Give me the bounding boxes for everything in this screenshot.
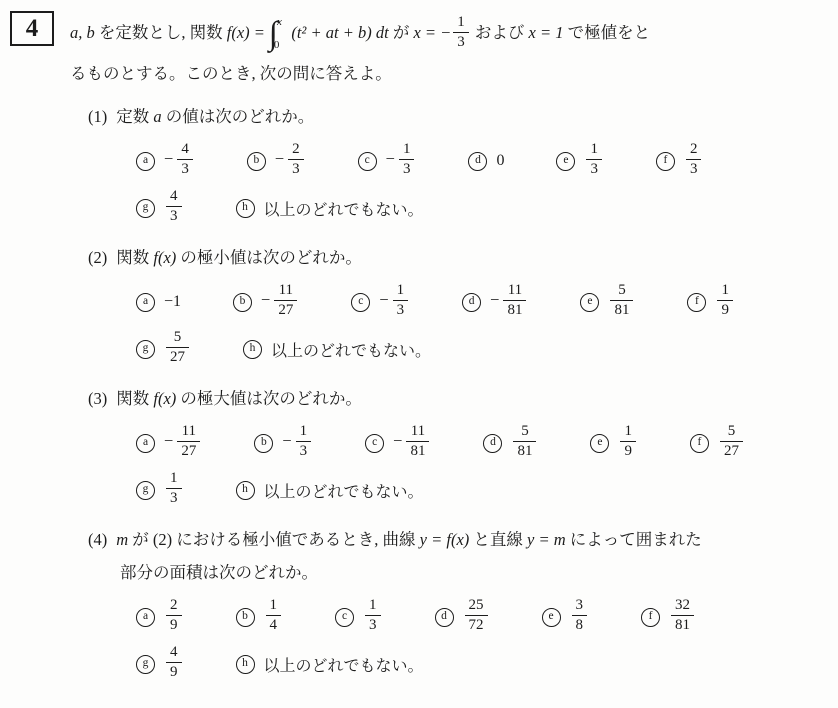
fraction-denominator: 3 (393, 300, 409, 320)
option-c: c−13 (358, 142, 417, 181)
question-prompt-line: 部分の面積は次のどれか。 (120, 560, 812, 586)
fraction-numerator: 1 (717, 281, 733, 300)
prompt-text: と直線 (469, 530, 527, 549)
option-letter: e (556, 152, 575, 171)
fraction-denominator: 3 (586, 159, 602, 179)
fraction-numerator: 1 (296, 422, 312, 441)
questions-container: (1)定数 a の値は次のどれか。a−43b−23c−13d0e13f23g43… (88, 104, 812, 687)
option-b: b−23 (247, 142, 306, 181)
options-row-1: a−1b−1127c−13d−1181e581f19 (136, 278, 812, 326)
option-value: 以上のどれでもない。 (264, 479, 424, 502)
prompt-text: 関数 (116, 389, 153, 408)
option-f: f3281 (641, 598, 696, 637)
math-text: x = − (413, 23, 451, 42)
prompt-text: および (471, 23, 529, 42)
fraction: 19 (620, 422, 636, 461)
question-prompt-line: (2)関数 f(x) の極小値は次のどれか。 (88, 245, 812, 271)
fraction-numerator: 1 (453, 13, 469, 32)
option-letter: g (136, 199, 155, 218)
integral-lower-limit: 0 (274, 39, 280, 51)
minus-sign: − (490, 290, 499, 310)
prompt-text: 定数 (116, 107, 153, 126)
minus-sign: − (393, 431, 402, 451)
option-letter: g (136, 340, 155, 359)
fraction: 581 (513, 422, 536, 461)
minus-sign: − (261, 290, 270, 310)
option-b: b−1127 (233, 283, 299, 322)
fraction-denominator: 81 (513, 441, 536, 461)
fraction-denominator: 27 (720, 441, 743, 461)
option-f: f19 (687, 283, 735, 322)
option-value: 以上のどれでもない。 (264, 197, 424, 220)
fraction: 581 (610, 281, 633, 320)
question-prompt-line: (4)m が (2) における極小値であるとき, 曲線 y = f(x) と直線… (88, 527, 812, 553)
minus-sign: − (386, 149, 395, 169)
math-text: f(x) (153, 248, 176, 267)
option-b: b−13 (254, 424, 313, 463)
question-number: (2) (88, 248, 107, 267)
option-g: g527 (136, 330, 191, 369)
prompt-text: 部分の面積は次のどれか。 (120, 563, 318, 582)
fraction-numerator: 32 (671, 596, 694, 615)
math-text: (t² + at + b) dt (291, 23, 388, 42)
prompt-text: で極値をと (564, 23, 651, 42)
option-value: 以上のどれでもない。 (264, 653, 424, 676)
option-letter: b (233, 293, 252, 312)
math-text: a, b (70, 23, 95, 42)
fraction: 38 (572, 596, 588, 635)
fraction-numerator: 11 (504, 281, 526, 300)
question-2: (2)関数 f(x) の極小値は次のどれか。a−1b−1127c−13d−118… (88, 245, 812, 372)
problem-intro: a, b を定数とし, 関数 f(x) =∫x0(t² + at + b) dt… (70, 10, 812, 86)
fraction-numerator: 2 (288, 140, 304, 159)
integral-upper-limit: x (277, 16, 282, 28)
fraction-denominator: 27 (177, 441, 200, 461)
question-1: (1)定数 a の値は次のどれか。a−43b−23c−13d0e13f23g43… (88, 104, 812, 231)
fraction: 1127 (274, 281, 297, 320)
prompt-text: が (2) における極小値であるとき, 曲線 (128, 530, 420, 549)
option-c: c−1181 (365, 424, 431, 463)
option-c: c−13 (351, 283, 410, 322)
intro-line-2: るものとする。このとき, 次の問に答えよ。 (70, 62, 812, 86)
problem-header: 4 a, b を定数とし, 関数 f(x) =∫x0(t² + at + b) … (10, 10, 812, 86)
fraction: 13 (586, 140, 602, 179)
option-a: a29 (136, 598, 184, 637)
fraction-denominator: 3 (166, 488, 182, 508)
fraction: 23 (686, 140, 702, 179)
option-letter: h (236, 199, 255, 218)
option-letter: e (542, 608, 561, 627)
fraction-numerator: 1 (399, 140, 415, 159)
option-letter: c (358, 152, 377, 171)
option-letter: b (254, 434, 273, 453)
fraction-numerator: 1 (365, 596, 381, 615)
fraction-denominator: 3 (288, 159, 304, 179)
exam-page: 4 a, b を定数とし, 関数 f(x) =∫x0(t² + at + b) … (0, 0, 838, 708)
fraction-denominator: 27 (274, 300, 297, 320)
option-letter: h (243, 340, 262, 359)
option-e: e581 (580, 283, 635, 322)
options-row-2: g43h以上のどれでもない。 (136, 185, 812, 231)
intro-line-1: a, b を定数とし, 関数 f(x) =∫x0(t² + at + b) dt… (70, 10, 812, 58)
fraction-denominator: 9 (620, 441, 636, 461)
option-d: d2572 (435, 598, 490, 637)
fraction: 13 (393, 281, 409, 320)
fraction: 13 (365, 596, 381, 635)
option-g: g49 (136, 645, 184, 684)
options-row-2: g49h以上のどれでもない。 (136, 641, 812, 687)
fraction-numerator: 1 (586, 140, 602, 159)
fraction-numerator: 11 (407, 422, 429, 441)
option-letter: d (462, 293, 481, 312)
problem-number-box: 4 (10, 11, 54, 46)
question-4: (4)m が (2) における極小値であるとき, 曲線 y = f(x) と直線… (88, 527, 812, 687)
question-prompt-line: (3)関数 f(x) の極大値は次のどれか。 (88, 386, 812, 412)
option-g: g13 (136, 471, 184, 510)
fraction: 29 (166, 596, 182, 635)
fraction: 13 (166, 469, 182, 508)
option-h: h以上のどれでもない。 (236, 197, 424, 220)
fraction-denominator: 72 (465, 615, 488, 635)
fraction: 19 (717, 281, 733, 320)
fraction-numerator: 1 (266, 596, 282, 615)
fraction-numerator: 4 (166, 643, 182, 662)
fraction-numerator: 11 (178, 422, 200, 441)
fraction-denominator: 4 (266, 615, 282, 635)
fraction-numerator: 11 (275, 281, 297, 300)
fraction: 1181 (406, 422, 429, 461)
option-letter: d (435, 608, 454, 627)
option-letter: a (136, 293, 155, 312)
math-text: y = m (527, 530, 566, 549)
option-letter: a (136, 608, 155, 627)
minus-sign: − (164, 149, 173, 169)
option-h: h以上のどれでもない。 (236, 653, 424, 676)
option-letter: f (656, 152, 675, 171)
fraction-denominator: 3 (177, 159, 193, 179)
fraction-numerator: 25 (465, 596, 488, 615)
option-a: a−1 (136, 293, 181, 312)
option-letter: a (136, 152, 155, 171)
fraction-denominator: 3 (296, 441, 312, 461)
fraction-denominator: 3 (686, 159, 702, 179)
option-letter: d (483, 434, 502, 453)
fraction-numerator: 2 (166, 596, 182, 615)
question-3: (3)関数 f(x) の極大値は次のどれか。a−1127b−13c−1181d5… (88, 386, 812, 513)
fraction-denominator: 3 (399, 159, 415, 179)
fraction: 527 (720, 422, 743, 461)
problem-number: 4 (26, 15, 39, 43)
question-number: (1) (88, 107, 107, 126)
option-letter: e (590, 434, 609, 453)
question-number: (4) (88, 530, 107, 549)
fraction: 1127 (177, 422, 200, 461)
fraction-denominator: 3 (365, 615, 381, 635)
option-letter: b (247, 152, 266, 171)
prompt-text: 関数 (116, 248, 153, 267)
option-e: e38 (542, 598, 590, 637)
option-e: e19 (590, 424, 638, 463)
option-value: 0 (496, 152, 504, 170)
options-row-1: a−1127b−13c−1181d581e19f527 (136, 419, 812, 467)
fraction-denominator: 3 (453, 32, 469, 52)
prompt-text: の極小値は次のどれか。 (176, 248, 362, 267)
fraction: 14 (266, 596, 282, 635)
fraction: 13 (453, 13, 469, 52)
fraction-numerator: 2 (686, 140, 702, 159)
fraction: 1181 (503, 281, 526, 320)
minus-sign: − (282, 431, 291, 451)
option-letter: c (351, 293, 370, 312)
fraction-numerator: 1 (393, 281, 409, 300)
fraction-denominator: 27 (166, 347, 189, 367)
math-text: a (153, 107, 161, 126)
fraction-numerator: 1 (620, 422, 636, 441)
prompt-text: の極大値は次のどれか。 (176, 389, 362, 408)
option-letter: h (236, 481, 255, 500)
prompt-text: によって囲まれた (566, 530, 702, 549)
option-letter: e (580, 293, 599, 312)
option-a: a−43 (136, 142, 195, 181)
fraction-denominator: 9 (717, 300, 733, 320)
fraction-denominator: 9 (166, 615, 182, 635)
prompt-text: が (389, 23, 414, 42)
fraction: 2572 (465, 596, 488, 635)
minus-sign: − (275, 149, 284, 169)
options-row-2: g527h以上のどれでもない。 (136, 326, 812, 372)
option-f: f527 (690, 424, 745, 463)
fraction-numerator: 1 (166, 469, 182, 488)
option-letter: c (335, 608, 354, 627)
fraction: 49 (166, 643, 182, 682)
math-text: x = 1 (529, 23, 564, 42)
math-text: m (116, 530, 128, 549)
options-row-2: g13h以上のどれでもない。 (136, 467, 812, 513)
option-h: h以上のどれでもない。 (243, 338, 431, 361)
question-number: (3) (88, 389, 107, 408)
fraction-denominator: 81 (503, 300, 526, 320)
option-letter: c (365, 434, 384, 453)
fraction: 43 (166, 187, 182, 226)
option-letter: b (236, 608, 255, 627)
option-letter: a (136, 434, 155, 453)
fraction: 23 (288, 140, 304, 179)
fraction-numerator: 3 (572, 596, 588, 615)
math-text: f(x) (153, 389, 176, 408)
fraction: 43 (177, 140, 193, 179)
fraction: 527 (166, 328, 189, 367)
option-h: h以上のどれでもない。 (236, 479, 424, 502)
fraction-denominator: 3 (166, 206, 182, 226)
option-value: 以上のどれでもない。 (271, 338, 431, 361)
fraction-denominator: 81 (406, 441, 429, 461)
fraction-numerator: 5 (517, 422, 533, 441)
fraction: 3281 (671, 596, 694, 635)
option-letter: g (136, 655, 155, 674)
options-row-1: a−43b−23c−13d0e13f23 (136, 137, 812, 185)
option-c: c13 (335, 598, 383, 637)
fraction-denominator: 9 (166, 662, 182, 682)
prompt-text: を定数とし, 関数 (95, 23, 227, 42)
option-letter: f (687, 293, 706, 312)
fraction: 13 (296, 422, 312, 461)
fraction-numerator: 5 (614, 281, 630, 300)
option-letter: f (641, 608, 660, 627)
math-text: f(x) = (227, 23, 265, 42)
fraction-numerator: 4 (177, 140, 193, 159)
option-g: g43 (136, 189, 184, 228)
option-d: d−1181 (462, 283, 528, 322)
minus-sign: − (379, 290, 388, 310)
option-a: a−1127 (136, 424, 202, 463)
fraction-denominator: 81 (671, 615, 694, 635)
prompt-text: の値は次のどれか。 (162, 107, 315, 126)
fraction-numerator: 5 (724, 422, 740, 441)
option-d: d581 (483, 424, 538, 463)
options-row-1: a29b14c13d2572e38f3281 (136, 593, 812, 641)
fraction-denominator: 81 (610, 300, 633, 320)
minus-sign: − (164, 431, 173, 451)
integral-symbol: ∫x0 (269, 10, 288, 58)
fraction-numerator: 4 (166, 187, 182, 206)
option-letter: f (690, 434, 709, 453)
option-b: b14 (236, 598, 284, 637)
option-f: f23 (656, 142, 704, 181)
fraction: 13 (399, 140, 415, 179)
option-letter: g (136, 481, 155, 500)
question-prompt-line: (1)定数 a の値は次のどれか。 (88, 104, 812, 130)
math-text: y = f(x) (420, 530, 470, 549)
option-value: −1 (164, 293, 181, 311)
option-letter: h (236, 655, 255, 674)
fraction-denominator: 8 (572, 615, 588, 635)
option-d: d0 (468, 152, 504, 171)
option-e: e13 (556, 142, 604, 181)
option-letter: d (468, 152, 487, 171)
fraction-numerator: 5 (170, 328, 186, 347)
